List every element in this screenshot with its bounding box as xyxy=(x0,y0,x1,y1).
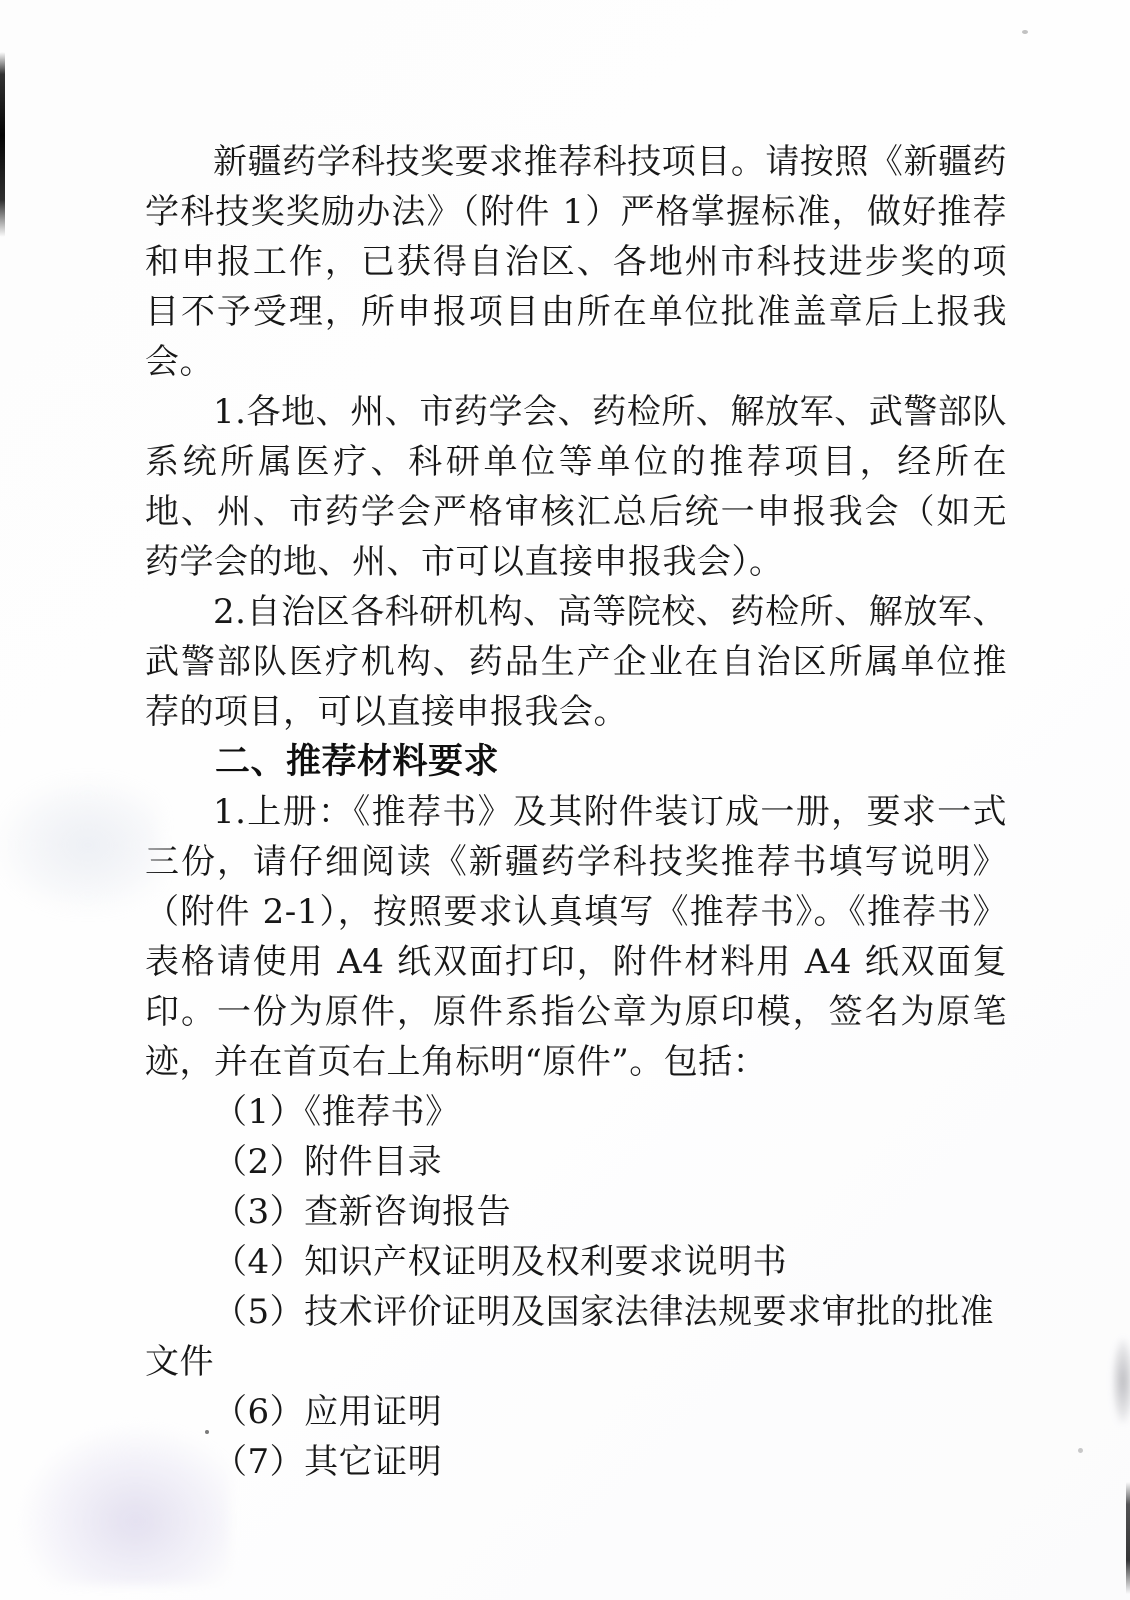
paragraph: 1.各地、州、市药学会、药检所、解放军、武警部队系统所属医疗、科研单位等单位的推… xyxy=(145,387,1007,587)
scan-artifact-right-blob xyxy=(1112,1338,1130,1424)
scan-artifact-right-edge-streak xyxy=(1126,1482,1130,1594)
list-item: （4）知识产权证明及权利要求说明书 xyxy=(145,1237,1007,1287)
section-heading: 二、推荐材料要求 xyxy=(145,737,1007,787)
list-item: （5）技术评价证明及国家法律法规要求审批的批准文件 xyxy=(145,1287,1007,1387)
scanned-page: 新疆药学科技奖要求推荐科技项目。请按照《新疆药学科技奖奖励办法》（附件 1）严格… xyxy=(0,0,1130,1600)
paragraph: 2.自治区各科研机构、高等院校、药检所、解放军、武警部队医疗机构、药品生产企业在… xyxy=(145,587,1007,737)
list-item: （1）《推荐书》 xyxy=(145,1087,1007,1137)
paragraph: 1.上册：《推荐书》及其附件装订成一册，要求一式三份，请仔细阅读《新疆药学科技奖… xyxy=(145,787,1007,1087)
list-item: （6）应用证明 xyxy=(145,1387,1007,1437)
scan-artifact-speck xyxy=(1022,30,1028,34)
list-item: （3）查新咨询报告 xyxy=(145,1187,1007,1237)
paragraph: 新疆药学科技奖要求推荐科技项目。请按照《新疆药学科技奖奖励办法》（附件 1）严格… xyxy=(145,137,1007,387)
scan-artifact-left-mid-smudge xyxy=(0,780,160,910)
document-body: 新疆药学科技奖要求推荐科技项目。请按照《新疆药学科技奖奖励办法》（附件 1）严格… xyxy=(145,137,1007,1487)
list-item: （2）附件目录 xyxy=(145,1137,1007,1187)
scan-artifact-speck xyxy=(1078,1448,1083,1453)
scan-artifact-left-edge-streak xyxy=(0,52,5,237)
list-item: （7）其它证明 xyxy=(145,1437,1007,1487)
